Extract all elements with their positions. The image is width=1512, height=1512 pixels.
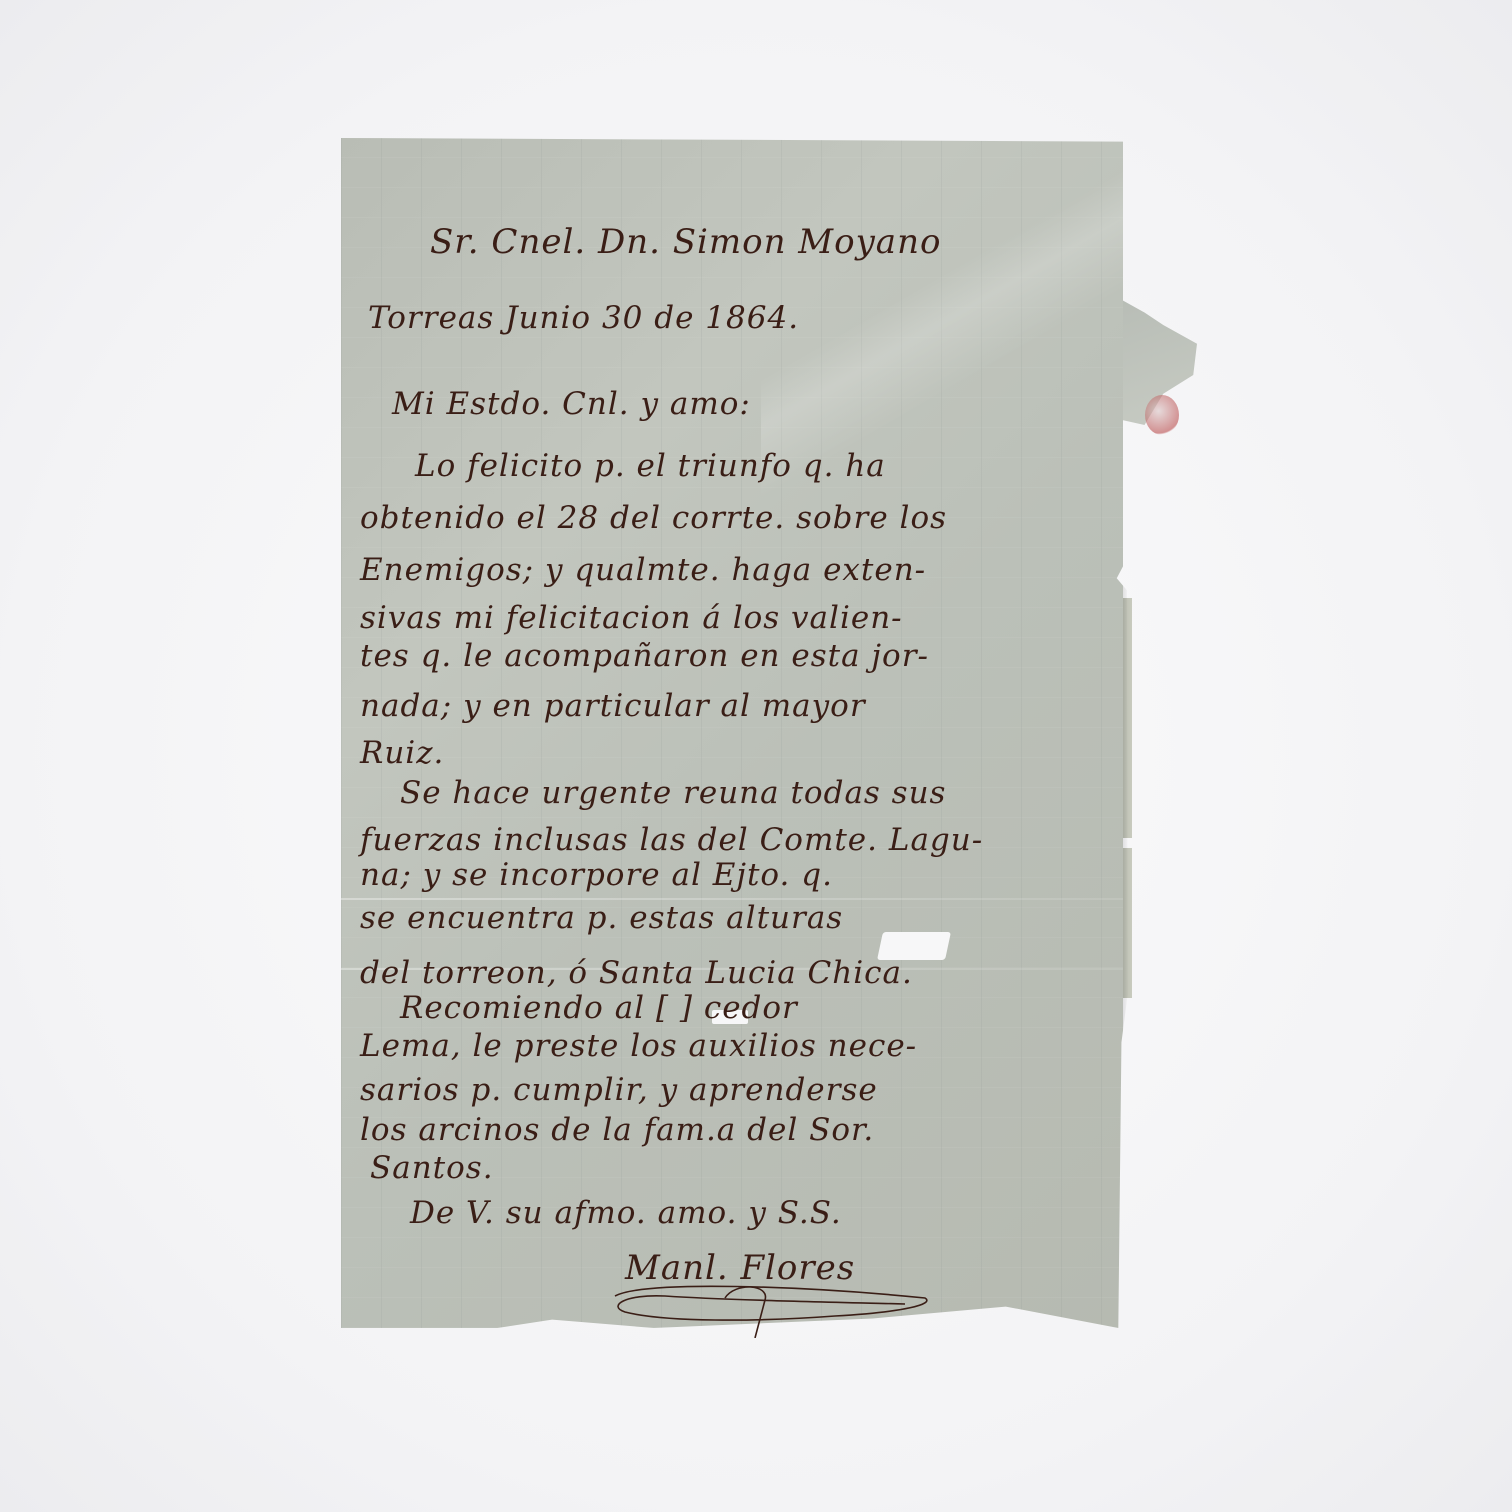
- body-line: na; y se incorpore al Ejto. q.: [360, 857, 833, 893]
- body-line: nada; y en particular al mayor: [360, 688, 866, 724]
- body-line: sarios p. cumplir, y aprenderse: [360, 1072, 878, 1108]
- address-line: Sr. Cnel. Dn. Simon Moyano: [430, 222, 941, 262]
- body-line: del torreon, ó Santa Lucia Chica.: [360, 955, 913, 991]
- body-line: tes q. le acompañaron en esta jor-: [360, 638, 929, 674]
- diagonal-crease: [761, 138, 1181, 498]
- salutation: Mi Estdo. Cnl. y amo:: [392, 386, 751, 422]
- wax-seal-remnant: [1145, 395, 1179, 435]
- body-line: Se hace urgente reuna todas sus: [400, 775, 946, 811]
- body-line: Recomiendo al [ ] cedor: [400, 990, 798, 1026]
- body-line: Enemigos; y qualmte. haga exten-: [360, 552, 926, 588]
- body-line: Ruiz.: [360, 735, 444, 771]
- body-line: obtenido el 28 del corrte. sobre los: [360, 500, 947, 536]
- place-date-line: Torreas Junio 30 de 1864.: [368, 300, 799, 336]
- body-line: Santos.: [370, 1150, 494, 1186]
- body-line: sivas mi felicitacion á los valien-: [360, 600, 903, 636]
- body-line: Lo felicito p. el triunfo q. ha: [415, 448, 886, 484]
- body-line: fuerzas inclusas las del Comte. Lagu-: [360, 822, 983, 858]
- body-line: se encuentra p. estas alturas: [360, 900, 843, 936]
- body-line: los arcinos de la fam.a del Sor.: [360, 1112, 874, 1148]
- closing: De V. su afmo. amo. y S.S.: [410, 1195, 842, 1231]
- body-line: Lema, le preste los auxilios nece-: [360, 1028, 917, 1064]
- signature-flourish: [605, 1278, 935, 1338]
